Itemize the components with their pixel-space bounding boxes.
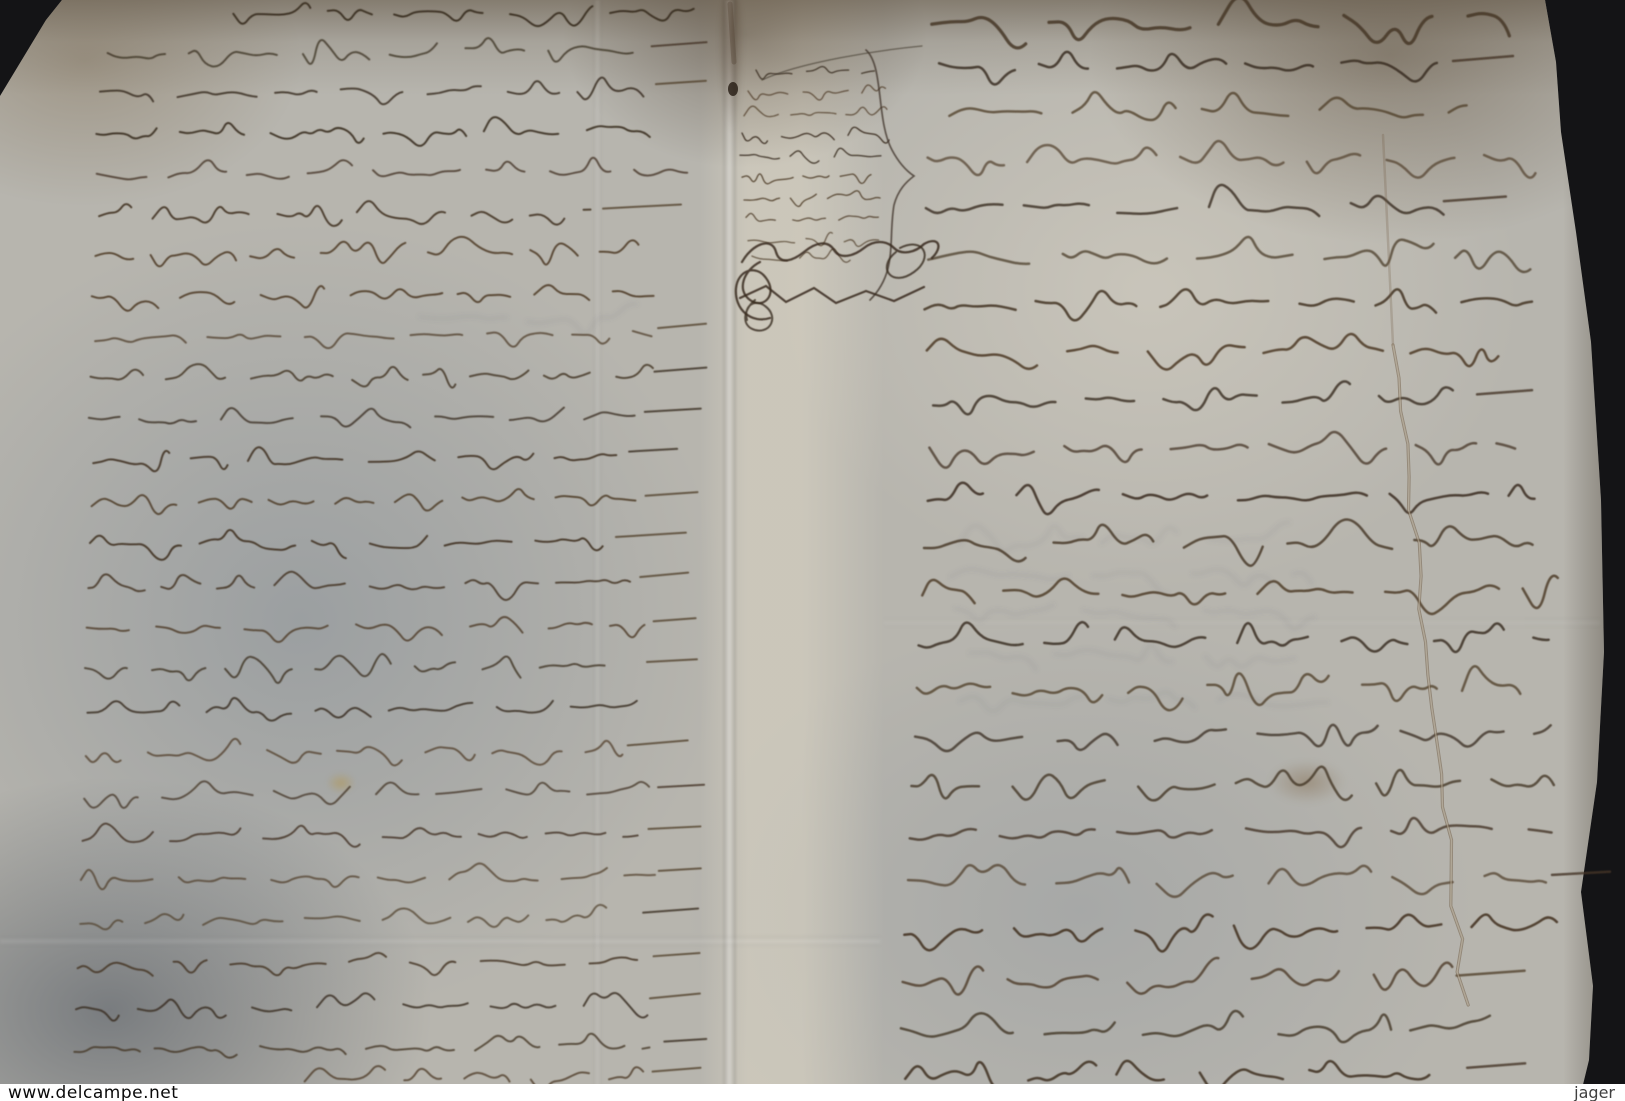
photo-canvas: www.delcampe.net jager bbox=[0, 0, 1625, 1101]
fold-ink-stain bbox=[718, 0, 744, 134]
delcampe-watermark: www.delcampe.net bbox=[0, 1085, 178, 1101]
jager-watermark: jager bbox=[1574, 1085, 1625, 1101]
fold-crease-gutter bbox=[723, 0, 736, 1101]
watermark-strip: www.delcampe.net jager bbox=[0, 1084, 1625, 1101]
fold-crease-horizontal-left bbox=[0, 936, 880, 946]
fold-crease-horizontal-right bbox=[884, 618, 1600, 627]
yellow-spot-stain bbox=[326, 772, 356, 794]
brown-smudge-stain bbox=[1268, 760, 1346, 804]
fold-crease-left-page bbox=[593, 0, 602, 1101]
manuscript-sheet bbox=[0, 0, 1625, 1101]
